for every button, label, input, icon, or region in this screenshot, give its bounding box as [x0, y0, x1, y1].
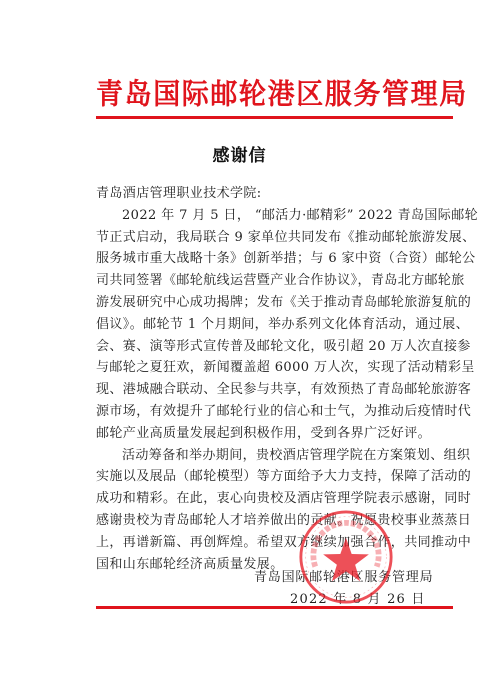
paragraph-line: 会、赛、演等形式宣传普及邮轮文化，吸引超 20 万人次直接参 [96, 336, 456, 358]
signature: 青岛国际邮轮港区服务管理局 [254, 566, 433, 585]
paragraph-line: 游发展研究中心成功揭牌；发布《关于推动青岛邮轮旅游复航的 [96, 292, 456, 314]
salutation: 青岛酒店管理职业技术学院: [96, 183, 456, 205]
paragraph-line: 源市场，有效提升了邮轮行业的信心和士气，为推动后疫情时代 [96, 401, 456, 423]
paragraph-line: 倡议》。邮轮节 1 个月期间，举办系列文化体育活动，通过展、 [96, 314, 456, 336]
paragraph-line: 司共同签署《邮轮航线运营暨产业合作协议》，青岛北方邮轮旅 [96, 270, 456, 292]
letterhead-organization: 青岛国际邮轮港区服务管理局 [96, 79, 454, 111]
paragraph-line: 上，再谱新篇、再创辉煌。希望双方继续加强合作，共同推动中 [96, 532, 456, 554]
letter-title: 感谢信 [0, 141, 479, 166]
letter-body: 青岛酒店管理职业技术学院: 2022 年 7 月 5 日， “邮活力·邮精彩” … [96, 183, 456, 575]
paragraph-line: 实施以及展品（邮轮模型）等方面给予大力支持，保障了活动的 [96, 466, 456, 488]
paragraph-line: 服务城市重大战略十条》创新举措；与 6 家中资（合资）邮轮公 [96, 248, 456, 270]
signature-date: 2022 年 8 月 26 日 [290, 588, 426, 607]
paragraph-line: 成功和精彩。在此，衷心向贵校及酒店管理学院表示感谢，同时 [96, 488, 456, 510]
paragraph-line: 节正式启动，我局联合 9 家单位共同发布《推动邮轮旅游发展、 [96, 227, 456, 249]
letterhead-red-rule [96, 116, 453, 119]
paragraph-line: 与邮轮之夏狂欢，新闻覆盖超 6000 万人次，实现了活动精彩呈 [96, 357, 456, 379]
paragraph-line: 感谢贵校为青岛邮轮人才培养做出的贡献。祝愿贵校事业蒸蒸日 [96, 510, 456, 532]
paragraph-line: 邮轮产业高质量发展起到积极作用，受到各界广泛好评。 [96, 423, 456, 445]
footer-red-rule [96, 606, 453, 609]
paragraph-line: 2022 年 7 月 5 日， “邮活力·邮精彩” 2022 青岛国际邮轮 [96, 205, 456, 227]
paragraph-line: 现、港城融合联动、全民参与共享，有效预热了青岛邮轮旅游客 [96, 379, 456, 401]
paragraph-line: 活动筹备和举办期间，贵校酒店管理学院在方案策划、组织 [96, 445, 456, 467]
